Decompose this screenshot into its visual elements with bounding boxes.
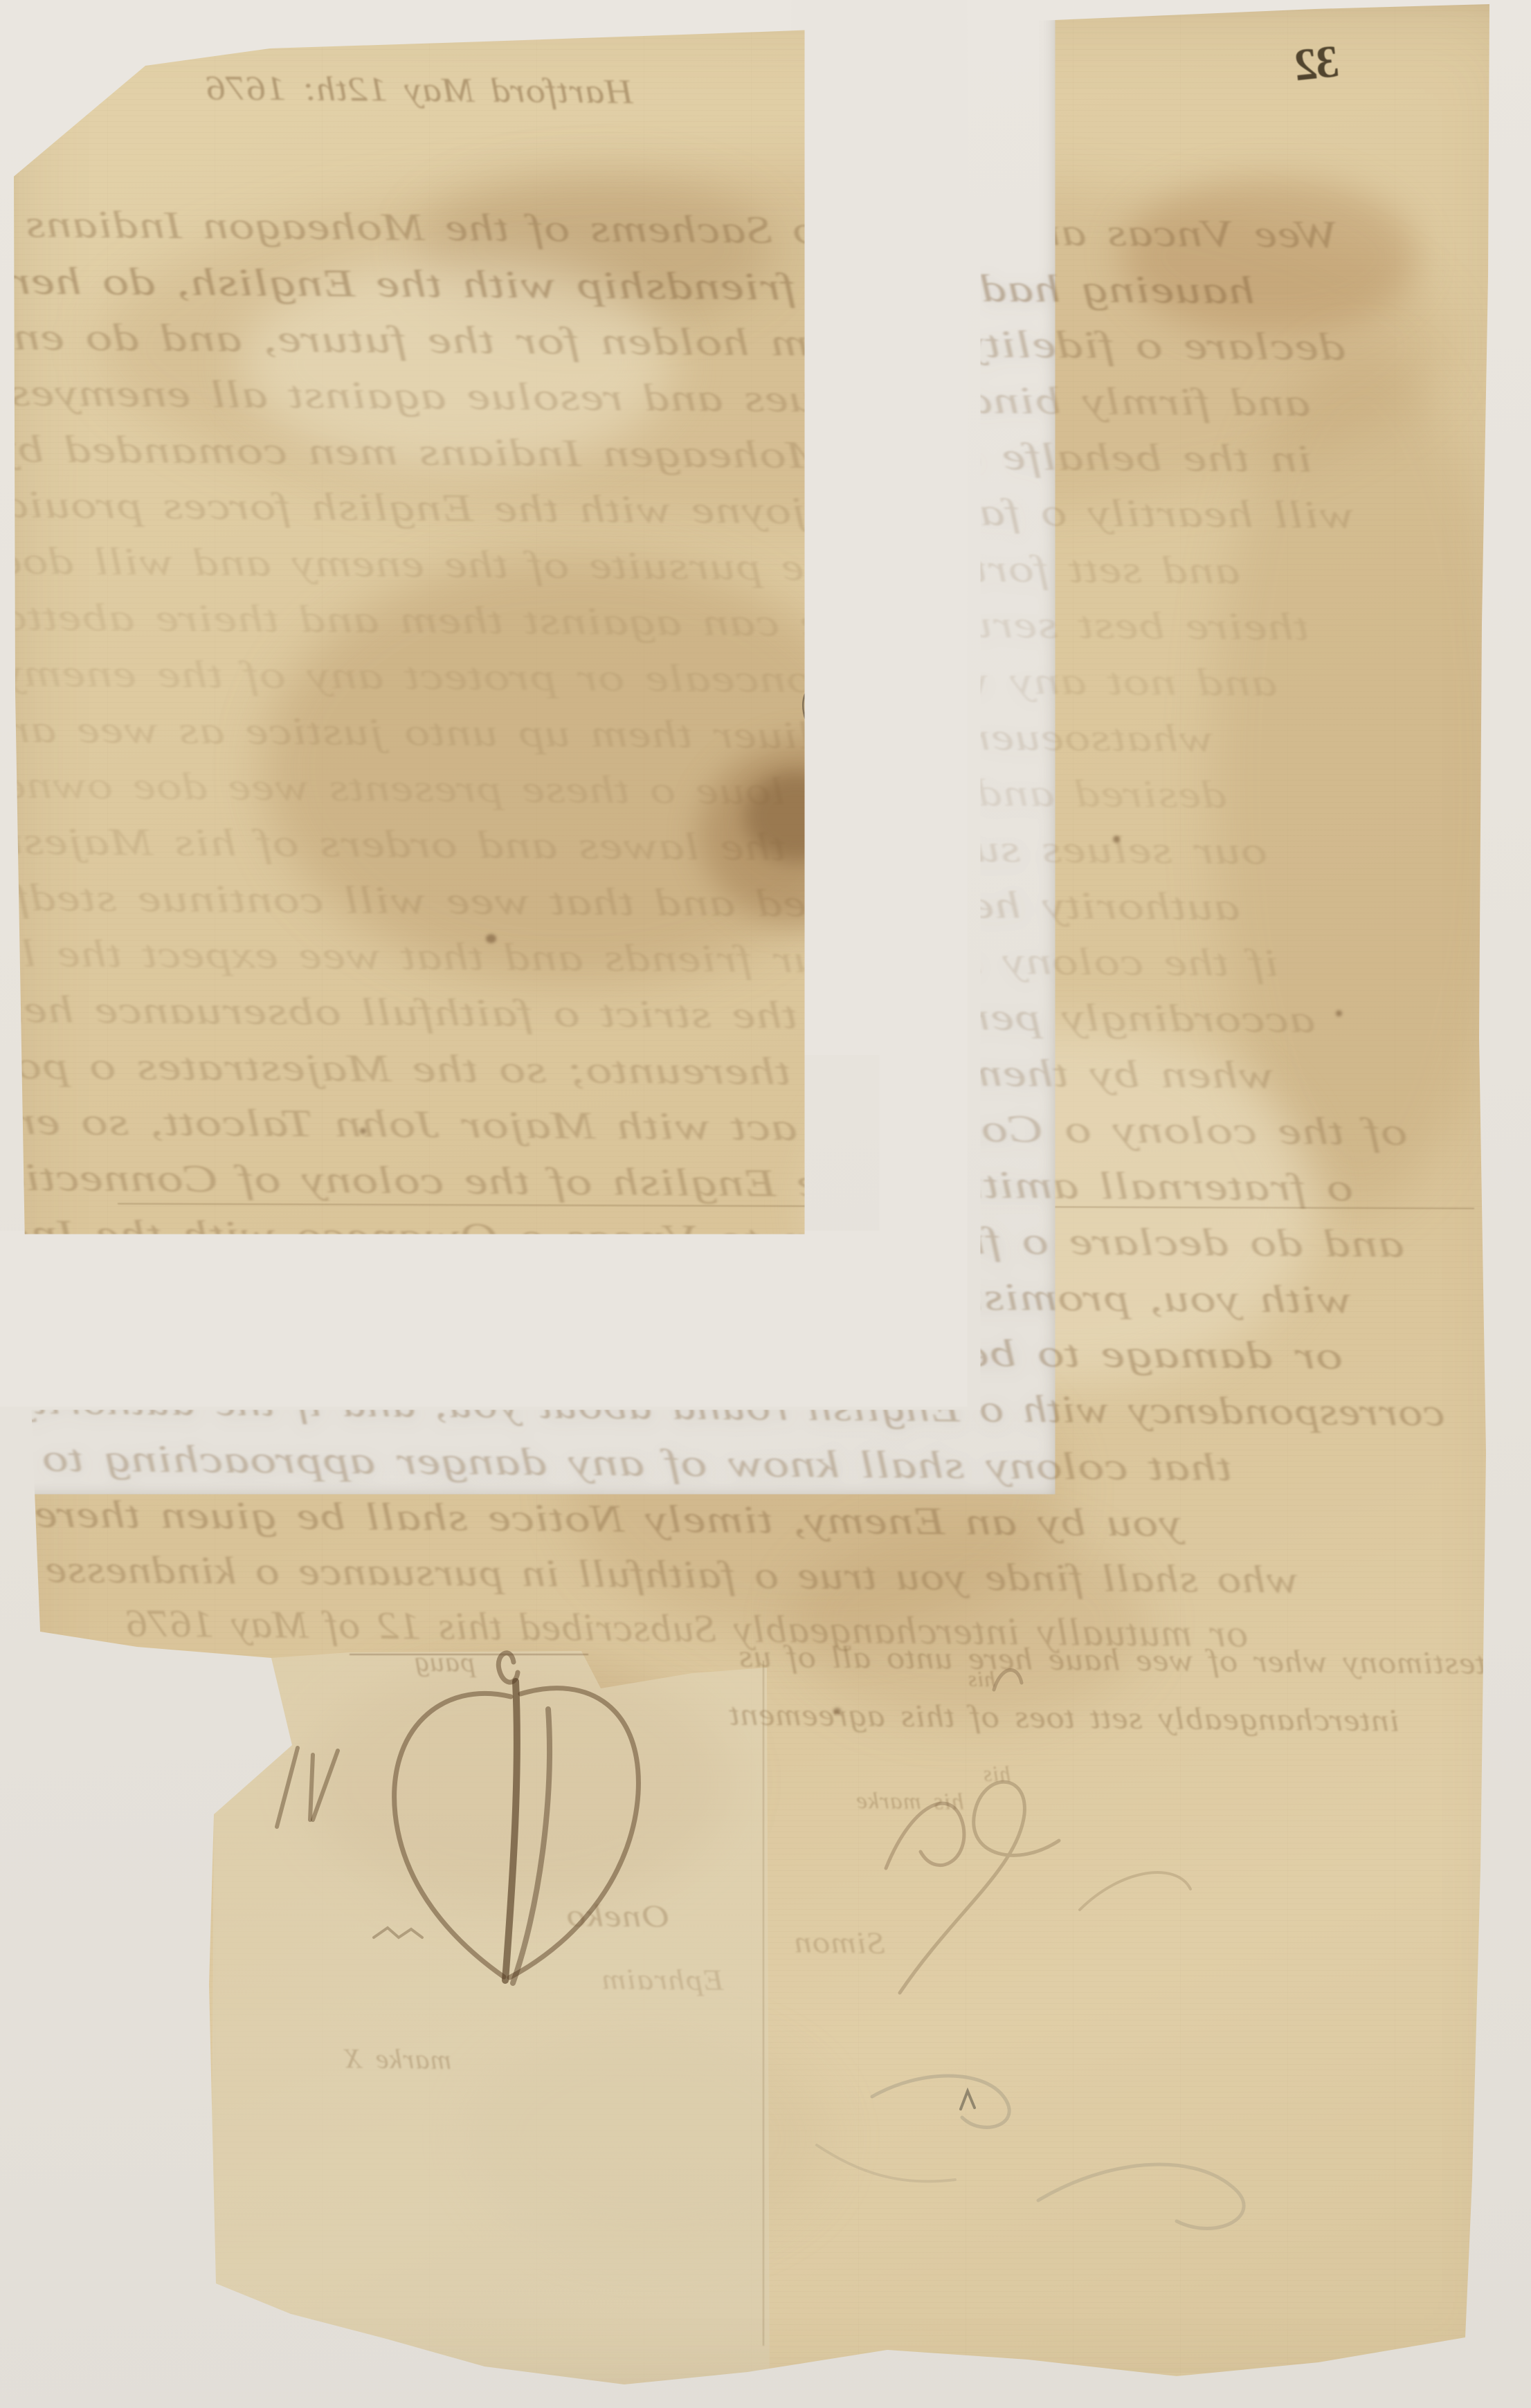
manuscript-page: Hartford May 12th: 1676 Wee Vncas and Ow… <box>0 0 1531 2408</box>
paper-edge-shading <box>0 0 1531 2408</box>
scan-background: Hartford May 12th: 1676 Wee Vncas and Ow… <box>0 0 1531 2408</box>
